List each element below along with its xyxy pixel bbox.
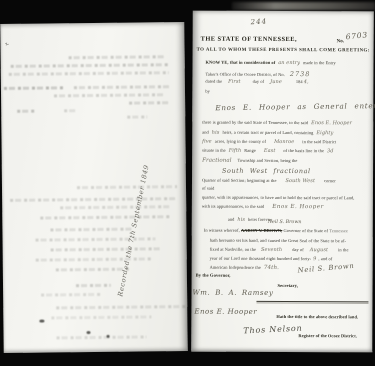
stray-ink-mark: x. — [5, 41, 10, 47]
recorded-docket-note: Recorded the 7th September 1849 — [116, 164, 150, 297]
entry-number: 2738 — [290, 70, 311, 78]
printed-text: 184 — [296, 79, 303, 84]
entry-month: June — [270, 79, 282, 85]
bleed-line — [11, 63, 169, 67]
witness-line-2: hath hereunto set his hand, and caused t… — [210, 238, 346, 244]
bleed-line — [64, 109, 78, 112]
entry-year-digit: 4, — [304, 79, 309, 85]
grant-number-value: 6703 — [345, 30, 368, 41]
printed-text: fixed at Nashville, on the — [210, 247, 256, 252]
printed-text: and — [202, 130, 209, 135]
quarter-line-3: quarter, with its appurtenances, to have… — [202, 195, 355, 201]
register-label: Register of the Ocoee District. — [298, 333, 357, 338]
printed-text: day of — [292, 247, 304, 252]
register-signature: Thos Nelson — [243, 324, 302, 336]
heirs-line: andhisheirs forever. — [228, 217, 273, 223]
witness-line-1: In witness whereof, AARON V. BROWN, Gove… — [204, 228, 348, 234]
right-page: 244 THE STATE OF TENNESSEE, No. 6703 TO … — [191, 11, 373, 353]
independence-year: 74th. — [264, 265, 279, 271]
bleed-line — [17, 110, 35, 113]
printed-text: situate in the — [202, 148, 226, 153]
bleed-line — [77, 185, 177, 189]
document-title: THE STATE OF TENNESSEE, — [201, 36, 297, 43]
printed-text: acres, lying in the county of — [215, 139, 266, 144]
printed-text: and — [228, 217, 235, 222]
know-ye-line-4: by — [205, 89, 210, 94]
governor-name-insert: Neil S. Brown — [268, 220, 302, 225]
grant-line-2: andhisheirs, a certain tract or parcel o… — [202, 130, 336, 137]
county-name: Monroe — [274, 139, 294, 145]
enterer-name-line: Enos E. Hooper as General enterer — [215, 101, 375, 112]
ink-blot — [39, 320, 44, 323]
printed-text: of said — [202, 186, 214, 191]
witness-line-5: American Independence the74th. — [210, 265, 282, 271]
know-ye-line-1: KNOW YE, that in consideration ofan entr… — [206, 60, 336, 67]
printed-text: by — [205, 89, 210, 94]
grantee-signature: Enos E. Hooper — [194, 308, 257, 316]
acreage-units: five — [202, 139, 212, 145]
bleed-line — [9, 71, 169, 75]
page-number: 244 — [251, 18, 268, 27]
handwritten-entry: his — [212, 130, 220, 136]
tract-description-line: South West fractional — [222, 167, 311, 175]
bleed-line — [60, 205, 170, 209]
printed-text: dated the — [205, 79, 222, 84]
bleed-line — [69, 55, 164, 59]
handwritten-entry: an entry — [278, 60, 300, 66]
printed-text: Township and Section, being the — [238, 158, 298, 163]
printed-text: Register of the Ocoee District. — [298, 333, 357, 338]
printed-text: quarter, with its appurtenances, to have… — [202, 195, 355, 201]
bleed-line — [74, 85, 169, 89]
seal-month: August — [310, 247, 328, 253]
grantee-name: Enos E. Hooper — [311, 120, 352, 126]
printed-text: Hath the title to the above described la… — [276, 314, 358, 319]
bleed-line — [54, 93, 166, 97]
bleed-line — [50, 228, 132, 231]
printed-text: corner — [324, 178, 336, 183]
bleed-line — [51, 247, 161, 251]
printed-text: year of our Lord one thousand eight hund… — [210, 256, 312, 261]
bleed-line — [76, 284, 111, 287]
printed-text: of the basis line in the — [283, 148, 324, 153]
ink-blot — [107, 335, 110, 338]
bleed-line — [57, 335, 147, 339]
printed-text: made in the Entry — [303, 60, 336, 65]
printed-text: Taker's Office of the Ocoee District, of… — [205, 72, 284, 77]
bleed-line — [41, 293, 101, 296]
bleed-line — [56, 305, 186, 309]
printed-text: with its appurtenances, to the said — [202, 204, 264, 209]
printed-text: day of — [253, 79, 265, 84]
secretary-signature: Wm. B. A. Ramsey — [192, 289, 273, 297]
signature-rule — [256, 301, 368, 302]
township-type: Fractional — [202, 158, 231, 164]
bleed-line — [40, 215, 170, 219]
grant-line-1: there is granted by the said State of Te… — [202, 120, 355, 127]
printed-text: hath hereunto set his hand, and caused t… — [210, 238, 346, 244]
grant-line-5: FractionalTownship and Section, being th… — [202, 158, 297, 164]
bleed-line — [36, 237, 156, 241]
township-number: 3d — [327, 148, 334, 154]
bleed-line — [36, 257, 151, 261]
handwritten-entry: his — [237, 217, 245, 223]
acreage-tens: Eighty — [316, 130, 333, 136]
grant-line-4: situate in theFifthRangeEastof the basis… — [202, 148, 336, 155]
seal-year-digit: 9 — [313, 256, 316, 262]
know-ye-line-3: dated theFirstday ofJune1844, — [205, 79, 311, 85]
quarter-line-2: of said — [202, 186, 214, 191]
page-edge-smudge — [232, 2, 375, 10]
grant-line-3: fiveacres, lying in the county ofMonroei… — [202, 139, 336, 146]
printed-text: KNOW YE, that in consideration of — [206, 60, 276, 65]
ink-blot — [87, 331, 91, 334]
printed-text: Tennessee — [329, 228, 348, 233]
greeting-line: TO ALL TO WHOM THESE PRESENTS SHALL COME… — [197, 48, 370, 54]
bleed-line — [127, 115, 147, 118]
range-number: Fifth — [229, 148, 242, 154]
by-the-governor-label: By the Governor, — [196, 273, 231, 278]
seal-day: Seventh — [261, 247, 282, 253]
bleed-line — [51, 315, 151, 319]
bleed-line — [4, 86, 64, 89]
printed-text: , and of — [318, 256, 332, 261]
witness-line-3: fixed at Nashville, on theSeventhday ofA… — [210, 247, 349, 254]
grant-number-label: No. — [337, 39, 345, 44]
bleed-line — [10, 197, 178, 201]
entry-day: First — [228, 79, 240, 85]
bleed-line — [129, 101, 169, 104]
left-page: x. Recorded the 7th September 1849 — [0, 22, 187, 353]
secretary-label: Secretary, — [278, 283, 299, 288]
know-ye-line-2: Taker's Office of the Ocoee District, of… — [205, 70, 310, 78]
printed-text: in the — [338, 247, 348, 252]
bleed-line — [56, 268, 131, 271]
hath-title-line: Hath the title to the above described la… — [276, 314, 358, 319]
struck-governor-name: AARON V. BROWN, — [241, 228, 282, 233]
quarter-line-1: Quarter of said Section; beginning at th… — [202, 178, 336, 185]
printed-text: in the said District — [302, 139, 336, 144]
governor-signature: Neil S. Brown — [297, 262, 354, 275]
scanned-document-photo: x. Recorded the 7th September 1849 — [0, 0, 375, 366]
printed-text: Quarter of said Section; beginning at th… — [202, 178, 277, 183]
printed-text: Governor of the State of — [283, 228, 328, 233]
quarter-line-4: with its appurtenances, to the saidEnos … — [202, 204, 327, 211]
beginning-corner: South West — [285, 178, 315, 184]
printed-text: heirs, a certain tract or parcel of Land… — [222, 130, 313, 135]
range-direction: East — [264, 148, 276, 154]
grantee-name: Enos E. Hooper — [272, 204, 324, 210]
witness-line-4: year of our Lord one thousand eight hund… — [210, 256, 333, 263]
printed-text: Range — [244, 148, 256, 153]
printed-text: In witness whereof, — [204, 228, 240, 233]
printed-text: there is granted by the said State of Te… — [202, 120, 308, 125]
printed-text: American Independence the — [210, 265, 261, 270]
